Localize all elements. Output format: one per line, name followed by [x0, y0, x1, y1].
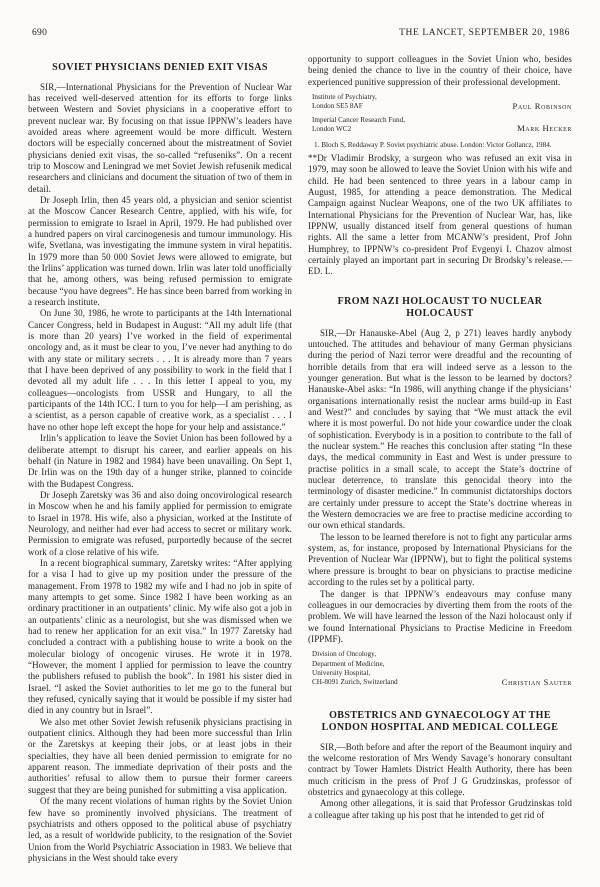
right-column: opportunity to support colleagues in the…	[308, 54, 572, 866]
signature-address: Division of Oncology, Department of Medi…	[312, 650, 398, 687]
letter-paragraph: SIR,—Both before and after the report of…	[308, 742, 572, 799]
letter-paragraph: SIR,—Dr Hanauske-Abel (Aug 2, p 271) lea…	[308, 328, 572, 532]
letter-paragraph: Dr Joseph Irlin, then 45 years old, a ph…	[28, 195, 292, 308]
signature-name: Christian Sauter	[502, 677, 572, 688]
letter-paragraph: Dr Joseph Zaretsky was 36 and also doing…	[28, 490, 292, 558]
letter-paragraph: Irlin’s application to leave the Soviet …	[28, 433, 292, 490]
letter-obstetrics-gynaecology: OBSTETRICS AND GYNAECOLOGY AT THE LONDON…	[308, 710, 572, 821]
left-column: SOVIET PHYSICIANS DENIED EXIT VISAS SIR,…	[28, 54, 292, 866]
journal-page: 690 THE LANCET, SEPTEMBER 20, 1986 SOVIE…	[0, 0, 600, 887]
running-header: 690 THE LANCET, SEPTEMBER 20, 1986	[0, 0, 600, 38]
signature-address: Institute of Psychiatry, London SE5 8AF	[312, 93, 377, 112]
signature-row: Institute of Psychiatry, London SE5 8AF …	[312, 93, 572, 112]
editor-note: **Dr Vladimir Brodsky, a surgeon who was…	[308, 153, 572, 278]
signature-address: Imperial Cancer Research Fund, London WC…	[312, 116, 405, 135]
letter-paragraph: SIR,—International Physicians for the Pr…	[28, 82, 292, 195]
section-divider-gap	[308, 692, 572, 702]
letter-paragraph: Of the many recent violations of human r…	[28, 796, 292, 864]
letter-title: SOVIET PHYSICIANS DENIED EXIT VISAS	[34, 62, 286, 75]
signature-row: Imperial Cancer Research Fund, London WC…	[312, 116, 572, 135]
signature-name: Paul Robinson	[513, 101, 572, 112]
letter-title: OBSTETRICS AND GYNAECOLOGY AT THE LONDON…	[314, 710, 566, 735]
letter-paragraph: On June 30, 1986, he wrote to participan…	[28, 308, 292, 433]
journal-running-head: THE LANCET, SEPTEMBER 20, 1986	[399, 28, 570, 38]
letter-continuation: opportunity to support colleagues in the…	[308, 54, 572, 88]
page-number: 690	[32, 28, 47, 38]
reference-entry: 1. Bloch S, Reddaway P. Soviet psychiatr…	[314, 141, 572, 150]
letter-title: FROM NAZI HOLOCAUST TO NUCLEAR HOLOCAUST	[314, 296, 566, 321]
signature-row: Division of Oncology, Department of Medi…	[312, 650, 572, 687]
signature-block: Division of Oncology, Department of Medi…	[312, 650, 572, 687]
letter-paragraph: In a recent biographical summary, Zarets…	[28, 558, 292, 717]
letter-paragraph: The lesson to be learned therefore is no…	[308, 532, 572, 589]
signature-name: Mark Hecker	[517, 123, 572, 134]
signature-block: Institute of Psychiatry, London SE5 8AF …	[312, 93, 572, 134]
letter-nazi-holocaust: FROM NAZI HOLOCAUST TO NUCLEAR HOLOCAUST…	[308, 296, 572, 688]
letter-paragraph: We also met other Soviet Jewish refuseni…	[28, 717, 292, 796]
section-divider-gap	[308, 278, 572, 288]
letter-soviet-physicians: SOVIET PHYSICIANS DENIED EXIT VISAS SIR,…	[28, 62, 292, 864]
two-column-layout: SOVIET PHYSICIANS DENIED EXIT VISAS SIR,…	[0, 38, 600, 866]
letter-paragraph: Among other allegations, it is said that…	[308, 798, 572, 821]
letter-paragraph: The danger is that IPPNW’s endeavours ma…	[308, 589, 572, 646]
